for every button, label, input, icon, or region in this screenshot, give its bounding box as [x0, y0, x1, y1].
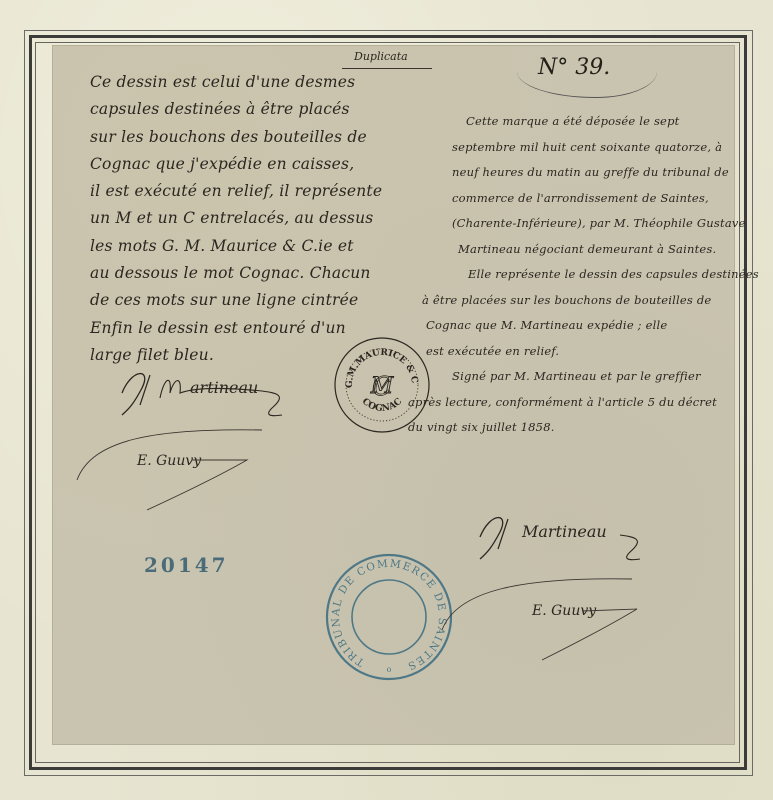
description-text: Ce dessin est celui d'une desmes capsule…: [90, 69, 382, 369]
text-line: (Charente-Inférieure), par M. Théophile …: [452, 211, 759, 237]
text-line: au dessous le mot Cognac. Chacun: [90, 260, 382, 287]
text-line: est exécutée en relief.: [426, 339, 759, 365]
capsule-seal: G.M.MAURICE & C° COGNAC M C: [332, 335, 432, 435]
text-line: Cognac que M. Martineau expédie ; elle: [426, 313, 759, 339]
svg-text:C: C: [372, 372, 392, 402]
text-line: septembre mil huit cent soixante quatorz…: [452, 135, 759, 161]
svg-text:E. Guuvy: E. Guuvy: [136, 453, 202, 469]
text-line: un M et un C entrelacés, au dessus: [90, 205, 382, 232]
text-line: les mots G. M. Maurice & C.ie et: [90, 233, 382, 260]
signature-martineau-left: artineau: [112, 363, 312, 423]
text-line: Signé par M. Martineau et par le greffie…: [452, 364, 759, 390]
text-line: capsules destinées à être placés: [90, 96, 382, 123]
svg-text:artineau: artineau: [190, 378, 258, 397]
signature-guuvy-left: E. Guuvy: [72, 420, 272, 515]
text-line: de ces mots sur une ligne cintrée: [90, 287, 382, 314]
svg-text:Martineau: Martineau: [521, 522, 607, 541]
text-line: du vingt six juillet 1858.: [408, 415, 759, 441]
document-sheet: Duplicata N° 39. Ce dessin est celui d'u…: [52, 45, 735, 745]
number-flourish: [517, 67, 657, 98]
signature-martineau-right: Martineau: [470, 507, 670, 567]
signature-guuvy-right: E. Guuvy: [432, 565, 652, 665]
text-line: Cette marque a été déposée le sept: [452, 109, 759, 135]
text-line: Martineau négociant demeurant à Saintes.: [452, 237, 759, 263]
deposit-record-text: Cette marque a été déposée le sept septe…: [452, 109, 759, 441]
text-line: Cognac que j'expédie en caisses,: [90, 151, 382, 178]
text-line: sur les bouchons des bouteilles de: [90, 124, 382, 151]
text-line: Elle représente le dessin des capsules d…: [452, 262, 759, 288]
text-line: après lecture, conformément à l'article …: [408, 390, 759, 416]
text-line: neuf heures du matin au greffe du tribun…: [452, 160, 759, 186]
duplicata-label: Duplicata: [354, 50, 408, 63]
svg-text:TRIBUNAL DE COMMERCE DE SAINTE: TRIBUNAL DE COMMERCE DE SAINTES: [330, 558, 448, 673]
text-line: à être placées sur les bouchons de boute…: [422, 288, 759, 314]
text-line: il est exécuté en relief, il représente: [90, 178, 382, 205]
text-line: commerce de l'arrondissement de Saintes,: [452, 186, 759, 212]
svg-text:o: o: [387, 665, 392, 674]
registration-number: 20147: [144, 553, 229, 577]
text-line: Ce dessin est celui d'une desmes: [90, 69, 382, 96]
